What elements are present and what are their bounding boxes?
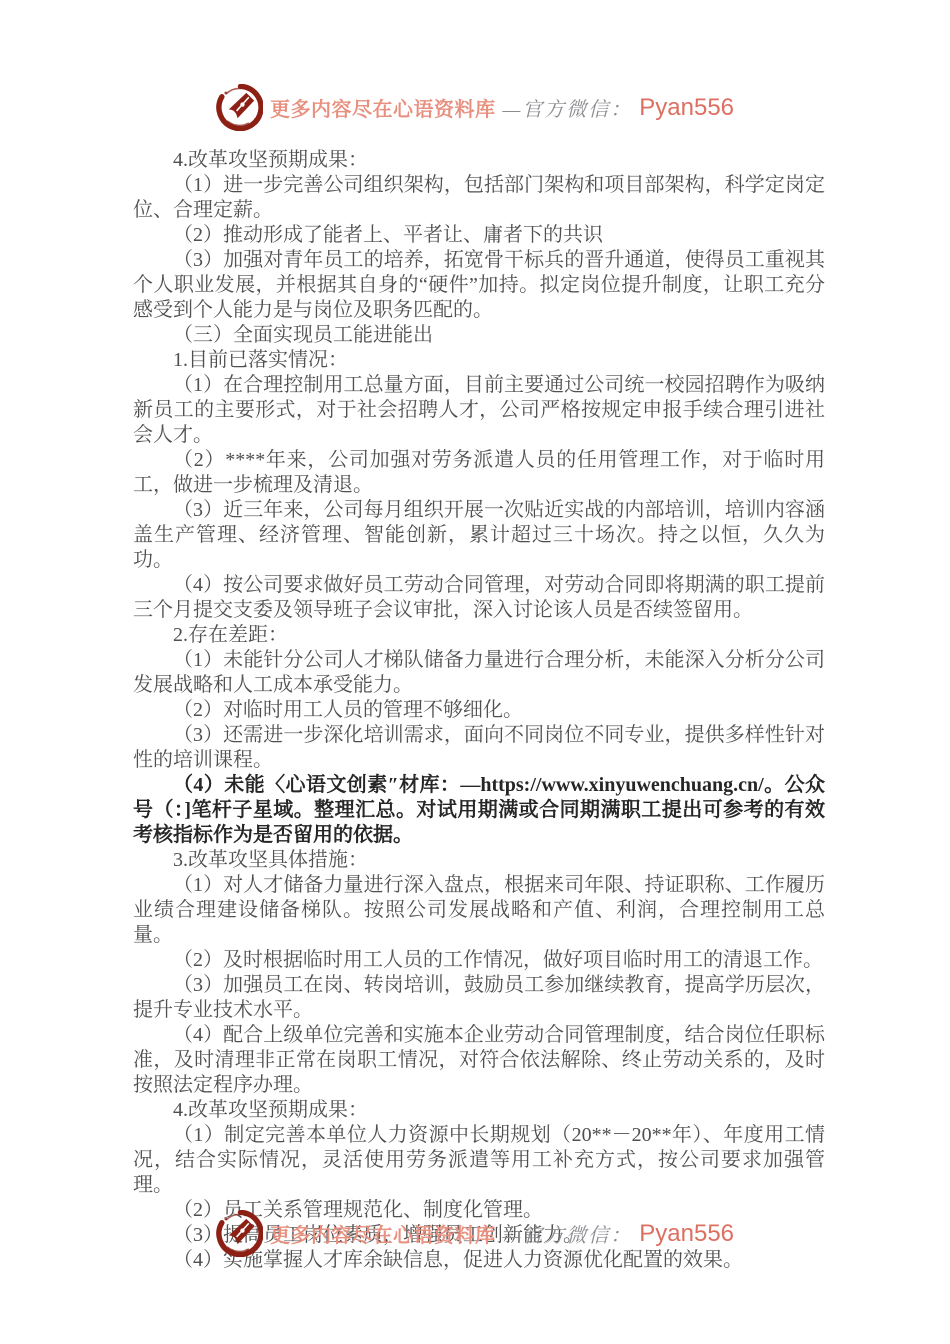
paragraph: 1.目前已落实情况： [133,348,825,373]
paragraph: （4）按公司要求做好员工劳动合同管理，对劳动合同即将期满的职工提前三个月提交支委… [133,573,825,623]
paragraph: 4.改革攻坚预期成果： [133,1098,825,1123]
paragraph: （2）****年来，公司加强对劳务派遣人员的任用管理工作，对于临时用工，做进一步… [133,448,825,498]
paragraph: （3）近三年来，公司每月组织开展一次贴近实战的内部培训，培训内容涵盖生产管理、经… [133,498,825,573]
paragraph: 4.改革攻坚预期成果： [133,148,825,173]
paragraph: （3）加强员工在岗、转岗培训，鼓励员工参加继续教育，提高学历层次，提升专业技术水… [133,973,825,1023]
header-watermark: 更多内容尽在心语资料库—官方微信：Pyan556 [0,84,950,131]
paragraph: （1）对人才储备力量进行深入盘点，根据来司年限、持证职称、工作履历业绩合理建设储… [133,873,825,948]
paragraph: （3）加强对青年员工的培养，拓宽骨干标兵的晋升通道，使得员工重视其个人职业发展，… [133,248,825,323]
watermark-wechat-id: Pyan556 [639,1220,734,1248]
paragraph: （1）未能针分公司人才梯队储备力量进行合理分析，未能深入分析分公司发展战略和人工… [133,648,825,698]
paragraph: （1）进一步完善公司组织架构，包括部门架构和项目部架构，科学定岗定位、合理定薪。 [133,173,825,223]
watermark-wechat-label: —官方微信： [502,93,632,122]
document-page: 更多内容尽在心语资料库—官方微信：Pyan556 4.改革攻坚预期成果：（1）进… [0,0,950,1344]
pen-nib-logo-icon [216,84,263,131]
paragraph: （2）推动形成了能者上、平者让、庸者下的共识 [133,223,825,248]
watermark-site-text: 更多内容尽在心语资料库 [270,1219,496,1248]
paragraph: （4）未能〈心语文创素″材库：—https://www.xinyuwenchua… [133,773,825,848]
paragraph: （1）制定完善本单位人力资源中长期规划（20**－20**年）、年度用工情况，结… [133,1123,825,1198]
paragraph: 3.改革攻坚具体措施： [133,848,825,873]
paragraph: （三）全面实现员工能进能出 [133,323,825,348]
document-body: 4.改革攻坚预期成果：（1）进一步完善公司组织架构，包括部门架构和项目部架构，科… [133,148,825,1273]
paragraph: （2）对临时用工人员的管理不够细化。 [133,698,825,723]
paragraph: （4）配合上级单位完善和实施本企业劳动合同管理制度，结合岗位任职标准，及时清理非… [133,1023,825,1098]
footer-watermark: 更多内容尽在心语资料库—官方微信：Pyan556 [0,1210,950,1257]
watermark-site-text: 更多内容尽在心语资料库 [270,93,496,122]
paragraph: （3）还需进一步深化培训需求，面向不同岗位不同专业，提供多样性针对性的培训课程。 [133,723,825,773]
paragraph: （2）及时根据临时用工人员的工作情况，做好项目临时用工的清退工作。 [133,948,825,973]
watermark-wechat-id: Pyan556 [639,94,734,122]
watermark-wechat-label: —官方微信： [502,1219,632,1248]
pen-nib-logo-icon [216,1210,263,1257]
paragraph: （1）在合理控制用工总量方面，目前主要通过公司统一校园招聘作为吸纳新员工的主要形… [133,373,825,448]
paragraph: 2.存在差距： [133,623,825,648]
